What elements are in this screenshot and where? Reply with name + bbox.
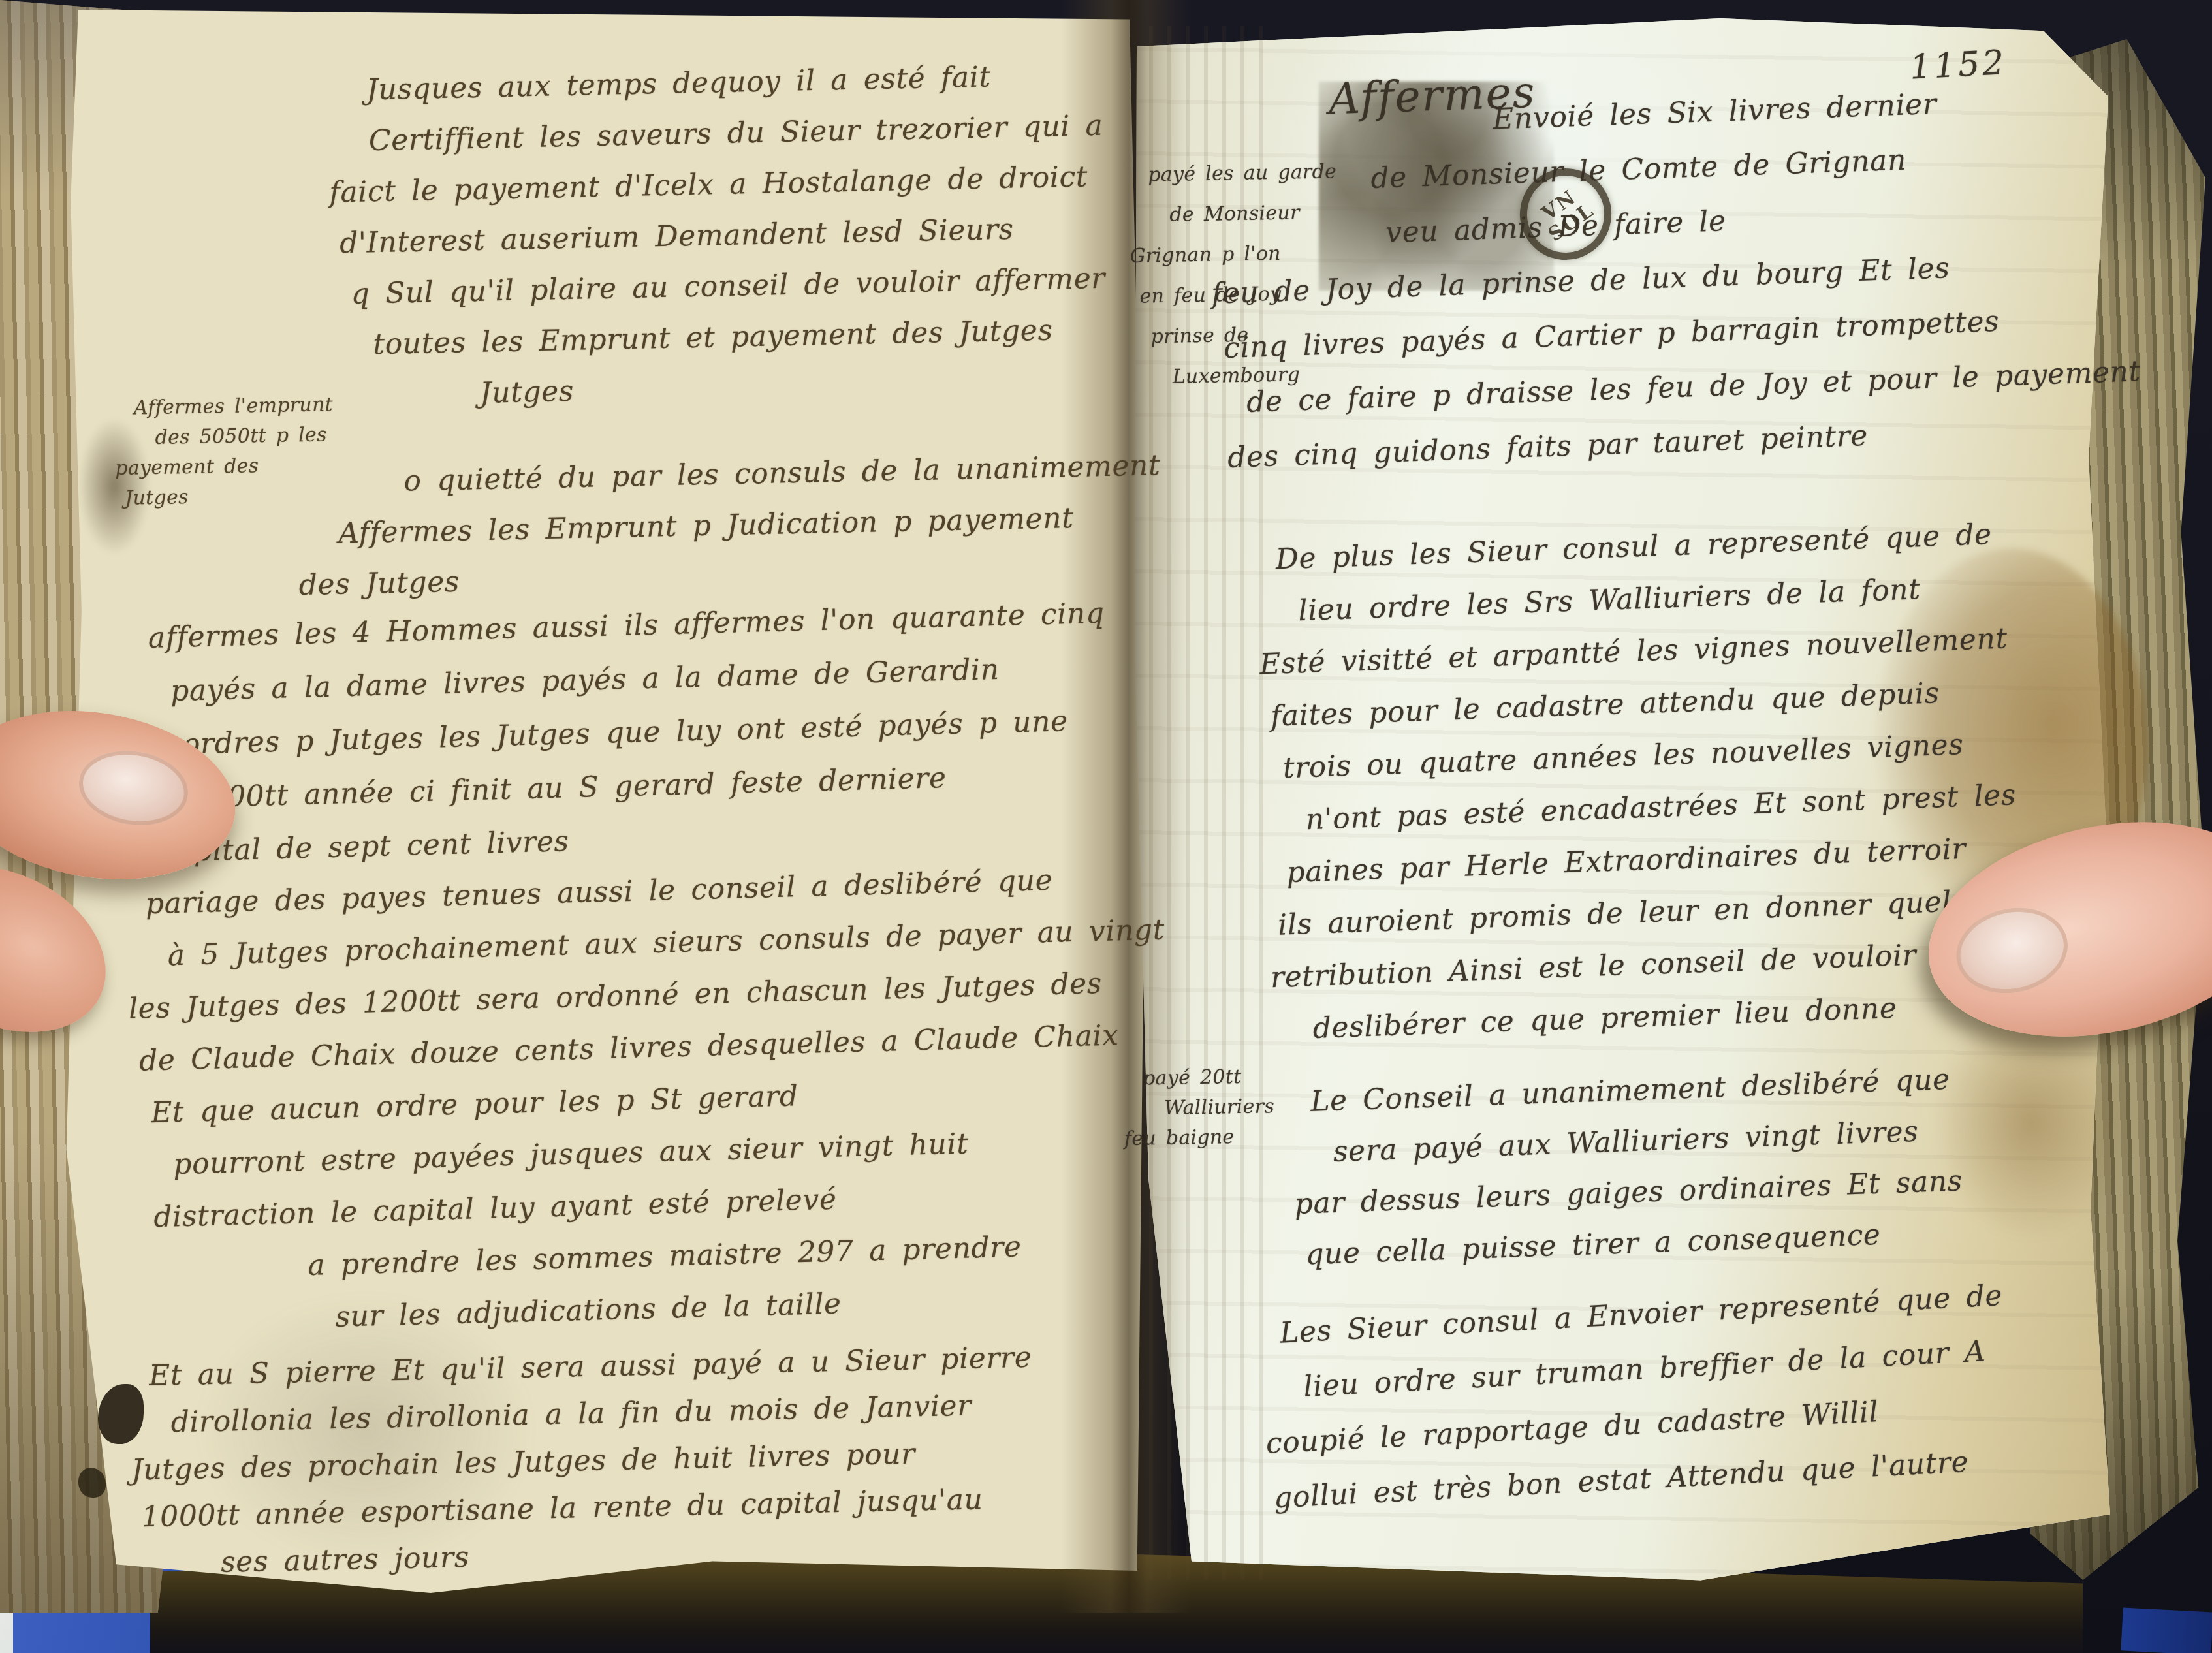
manuscript-block: Jusques aux temps dequoy il a esté faitC… bbox=[336, 50, 1109, 422]
margin-note: Affermes l'empruntdes 5050tt p lespayeme… bbox=[123, 390, 334, 514]
manuscript-line: Jutges bbox=[125, 480, 335, 514]
manuscript-line: payé 20tt bbox=[1143, 1062, 1274, 1094]
fingernail bbox=[1948, 898, 2076, 1003]
manuscript-block: Et au S pierre Et qu'il sera aussi payé … bbox=[138, 1334, 1036, 1588]
margin-note: payé 20ttWalliuriersfeu baigne bbox=[1132, 1062, 1275, 1154]
manuscript-block: Les Sieur consul a Envoier representé qu… bbox=[1268, 1268, 2012, 1526]
manuscript-photo: VN SOL 1152 Jusques aux temps dequoy il … bbox=[0, 0, 2212, 1653]
manuscript-line: feu baigne bbox=[1124, 1122, 1275, 1154]
manuscript-line: Affermes l'emprunt bbox=[133, 390, 333, 423]
ink-blot bbox=[78, 1468, 106, 1498]
manuscript-block: Le Conseil a unanimement deslibéré quese… bbox=[1299, 1054, 1965, 1280]
manuscript-block: affermes les 4 Hommes aussi ils affermes… bbox=[137, 587, 1111, 880]
manuscript-block: o quietté du par les consuls de la unani… bbox=[306, 440, 1163, 610]
manuscript-block: Envoié les Six livres dernierde Monsieur… bbox=[1205, 70, 2143, 486]
manuscript-line: des 5050tt p les bbox=[155, 420, 334, 453]
fingernail bbox=[74, 744, 193, 833]
manuscript-line: Walliuriers bbox=[1164, 1092, 1275, 1124]
manuscript-block: pariage des payes tenues aussi le consei… bbox=[134, 852, 1175, 1349]
manuscript-block: De plus les Sieur consul a representé qu… bbox=[1264, 508, 2024, 1056]
blue-cloth-corner bbox=[2121, 1607, 2212, 1653]
manuscript-line: payement des bbox=[115, 450, 334, 484]
